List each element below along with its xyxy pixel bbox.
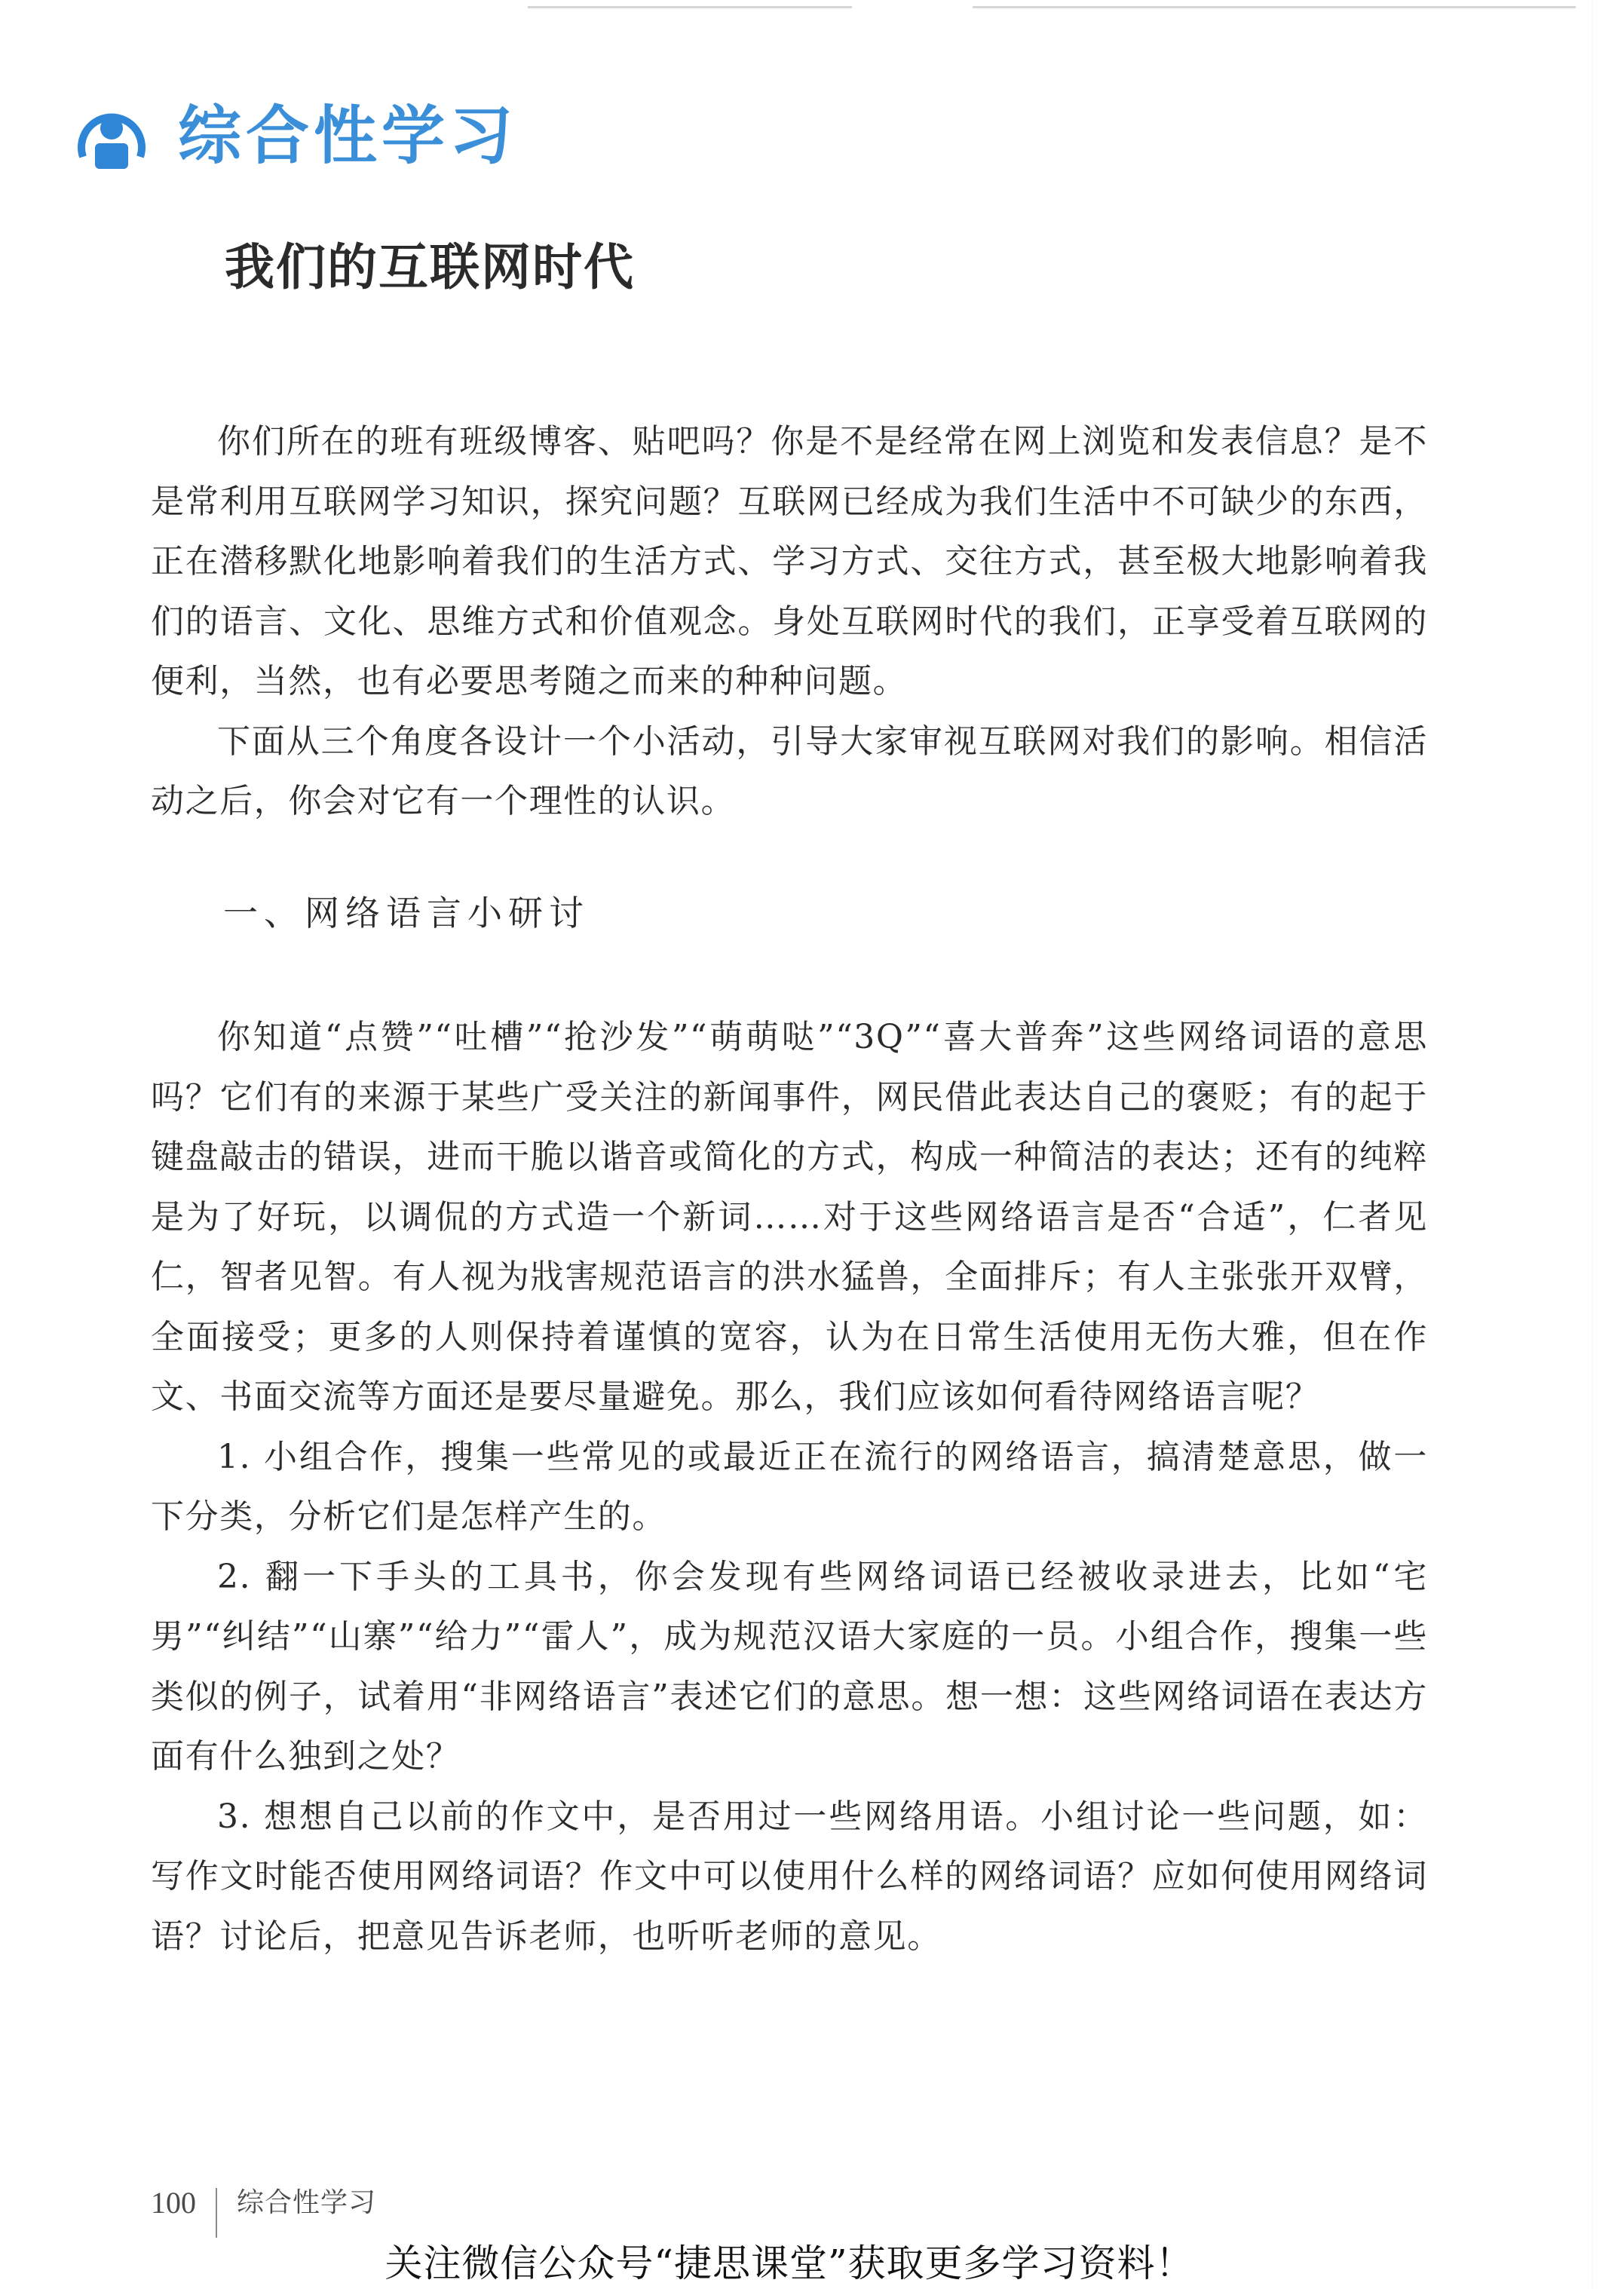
intro-paragraph: 你们所在的班有班级博客、贴吧吗？你是不是经常在网上浏览和发表信息？是不是常利用互… [151,412,1428,712]
section-header: 综合性学习 [72,97,517,175]
watermark-text: 关注微信公众号“捷思课堂”获取更多学习资料！ [0,2242,1624,2284]
section-title: 综合性学习 [178,104,517,167]
footer-divider [216,2188,217,2238]
scan-artifact-top [0,0,1624,11]
lesson-title: 我们的互联网时代 [225,243,635,293]
activity-paragraph: 你知道“点赞”“吐槽”“抢沙发”“萌萌哒”“3Q”“喜大普奔”这些网络词语的意思… [151,1007,1428,1427]
scan-shadow-right [1591,0,1594,2289]
person-in-arc-icon [72,97,151,175]
page-footer: 100 综合性学习 [151,2186,376,2238]
scan-line [528,6,852,8]
activity-task-3: 3. 想想自己以前的作文中，是否用过一些网络用语。小组讨论一些问题，如：写作文时… [151,1787,1428,1967]
scan-line [973,6,1576,8]
activity-heading: 一、网络语言小研讨 [223,896,590,930]
activity-text: 你知道“点赞”“吐槽”“抢沙发”“萌萌哒”“3Q”“喜大普奔”这些网络词语的意思… [151,1007,1428,1966]
activity-task-1: 1. 小组合作，搜集一些常见的或最近正在流行的网络语言，搞清楚意思，做一下分类，… [151,1427,1428,1547]
footer-section-label: 综合性学习 [237,2186,376,2220]
intro-paragraph: 下面从三个角度各设计一个小活动，引导大家审视互联网对我们的影响。相信活动之后，你… [151,712,1428,832]
intro-text: 你们所在的班有班级博客、贴吧吗？你是不是经常在网上浏览和发表信息？是不是常利用互… [151,412,1428,832]
activity-task-2: 2. 翻一下手头的工具书，你会发现有些网络词语已经被收录进去，比如“宅男”“纠结… [151,1547,1428,1787]
page-number: 100 [151,2186,196,2220]
